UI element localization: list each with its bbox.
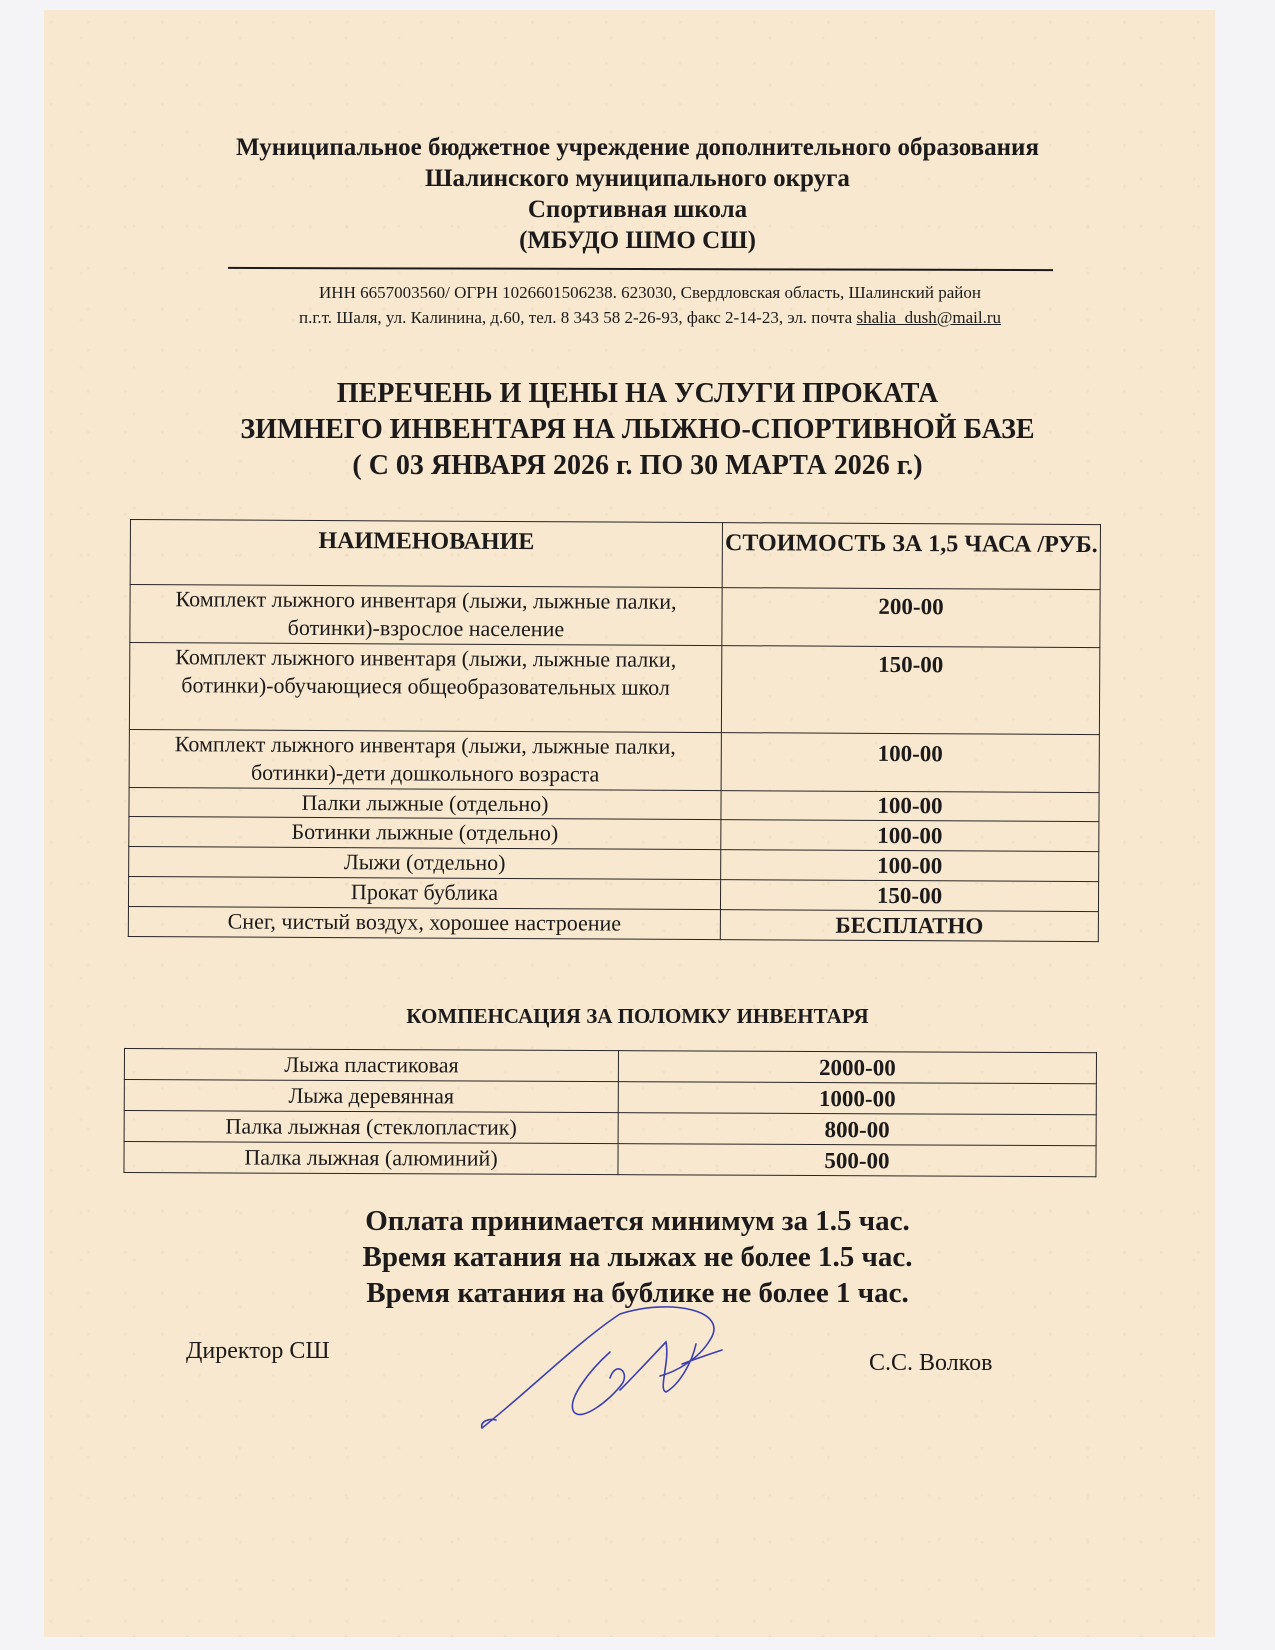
table-row: Лыжа пластиковая 2000-00	[124, 1049, 1096, 1084]
compensation-table: Лыжа пластиковая 2000-00 Лыжа деревянная…	[123, 1048, 1097, 1177]
title-period: ( С 03 ЯНВАРЯ 2026 г. ПО 30 МАРТА 2026 г…	[0, 448, 1275, 484]
item-price: 200-00	[722, 588, 1100, 648]
email-link[interactable]: shalia_dush@mail.ru	[856, 308, 1001, 327]
table-row: Комплект лыжного инвентаря (лыжи, лыжные…	[129, 643, 1099, 735]
signatory-name: С.С. Волков	[869, 1350, 992, 1377]
title-line: ПЕРЕЧЕНЬ И ЦЕНЫ НА УСЛУГИ ПРОКАТА	[0, 376, 1275, 412]
item-name: Палка лыжная (алюминий)	[124, 1142, 618, 1175]
item-price: 800-00	[618, 1113, 1096, 1146]
contacts-line-2: п.г.т. Шаля, ул. Калинина, д.60, тел. 8 …	[210, 305, 1090, 330]
org-line: Муниципальное бюджетное учреждение допол…	[0, 132, 1275, 163]
table-header-row: НАИМЕНОВАНИЕ СТОИМОСТЬ ЗА 1,5 ЧАСА /РУБ.	[130, 520, 1100, 590]
rule-line: Время катания на лыжах не более 1.5 час.	[0, 1239, 1275, 1275]
contacts-line-2-text: п.г.т. Шаля, ул. Калинина, д.60, тел. 8 …	[299, 308, 856, 327]
org-line: Спортивная школа	[0, 194, 1275, 225]
item-name: Лыжа деревянная	[124, 1080, 618, 1113]
column-header-name: НАИМЕНОВАНИЕ	[130, 520, 722, 588]
item-price: 100-00	[721, 791, 1099, 822]
item-price: 100-00	[721, 733, 1099, 793]
title-line: ЗИМНЕГО ИНВЕНТАРЯ НА ЛЫЖНО-СПОРТИВНОЙ БА…	[0, 412, 1275, 448]
item-name: Комплект лыжного инвентаря (лыжи, лыжные…	[129, 729, 721, 790]
item-price: 1000-00	[618, 1082, 1096, 1115]
org-abbreviation: (МБУДО ШМО СШ)	[0, 225, 1275, 256]
table-row: Снег, чистый воздух, хорошее настроение …	[128, 906, 1098, 941]
item-name: Палки лыжные (отдельно)	[129, 787, 721, 819]
handwritten-signature-icon	[470, 1300, 740, 1440]
contacts-line-1: ИНН 6657003560/ ОГРН 1026601506238. 6230…	[210, 280, 1090, 305]
rental-rules: Оплата принимается минимум за 1.5 час. В…	[0, 1203, 1275, 1311]
document-title: ПЕРЕЧЕНЬ И ЦЕНЫ НА УСЛУГИ ПРОКАТА ЗИМНЕГ…	[0, 376, 1275, 484]
item-name: Ботинки лыжные (отдельно)	[129, 816, 721, 849]
table-row: Лыжа деревянная 1000-00	[124, 1080, 1096, 1115]
item-price: 2000-00	[618, 1051, 1096, 1084]
item-name: Комплект лыжного инвентаря (лыжи, лыжные…	[129, 643, 721, 733]
price-table: НАИМЕНОВАНИЕ СТОИМОСТЬ ЗА 1,5 ЧАСА /РУБ.…	[128, 519, 1101, 942]
item-name: Лыжа пластиковая	[124, 1049, 618, 1082]
signatory-position: Директор СШ	[186, 1338, 330, 1365]
table-row: Комплект лыжного инвентаря (лыжи, лыжные…	[129, 729, 1099, 792]
compensation-title: КОМПЕНСАЦИЯ ЗА ПОЛОМКУ ИНВЕНТАРЯ	[0, 1004, 1275, 1029]
item-name: Прокат бублика	[128, 876, 720, 909]
item-price: 500-00	[618, 1144, 1096, 1177]
item-price: 150-00	[721, 646, 1099, 735]
org-line: Шалинского муниципального округа	[0, 163, 1275, 194]
item-name: Лыжи (отдельно)	[129, 846, 721, 879]
item-name: Снег, чистый воздух, хорошее настроение	[128, 906, 720, 939]
table-row: Палка лыжная (стеклопластик) 800-00	[124, 1111, 1096, 1146]
rule-line: Оплата принимается минимум за 1.5 час.	[0, 1203, 1275, 1239]
item-price-free: БЕСПЛАТНО	[720, 910, 1098, 942]
item-price: 150-00	[720, 880, 1098, 912]
organization-header: Муниципальное бюджетное учреждение допол…	[0, 132, 1275, 256]
table-row: Палка лыжная (алюминий) 500-00	[124, 1142, 1096, 1177]
item-name: Палка лыжная (стеклопластик)	[124, 1111, 618, 1144]
table-row: Комплект лыжного инвентаря (лыжи, лыжные…	[130, 585, 1100, 648]
item-price: 100-00	[721, 850, 1099, 882]
column-header-price: СТОИМОСТЬ ЗА 1,5 ЧАСА /РУБ.	[722, 523, 1100, 590]
item-name: Комплект лыжного инвентаря (лыжи, лыжные…	[130, 585, 722, 646]
contacts-block: ИНН 6657003560/ ОГРН 1026601506238. 6230…	[210, 280, 1090, 330]
item-price: 100-00	[721, 820, 1099, 852]
